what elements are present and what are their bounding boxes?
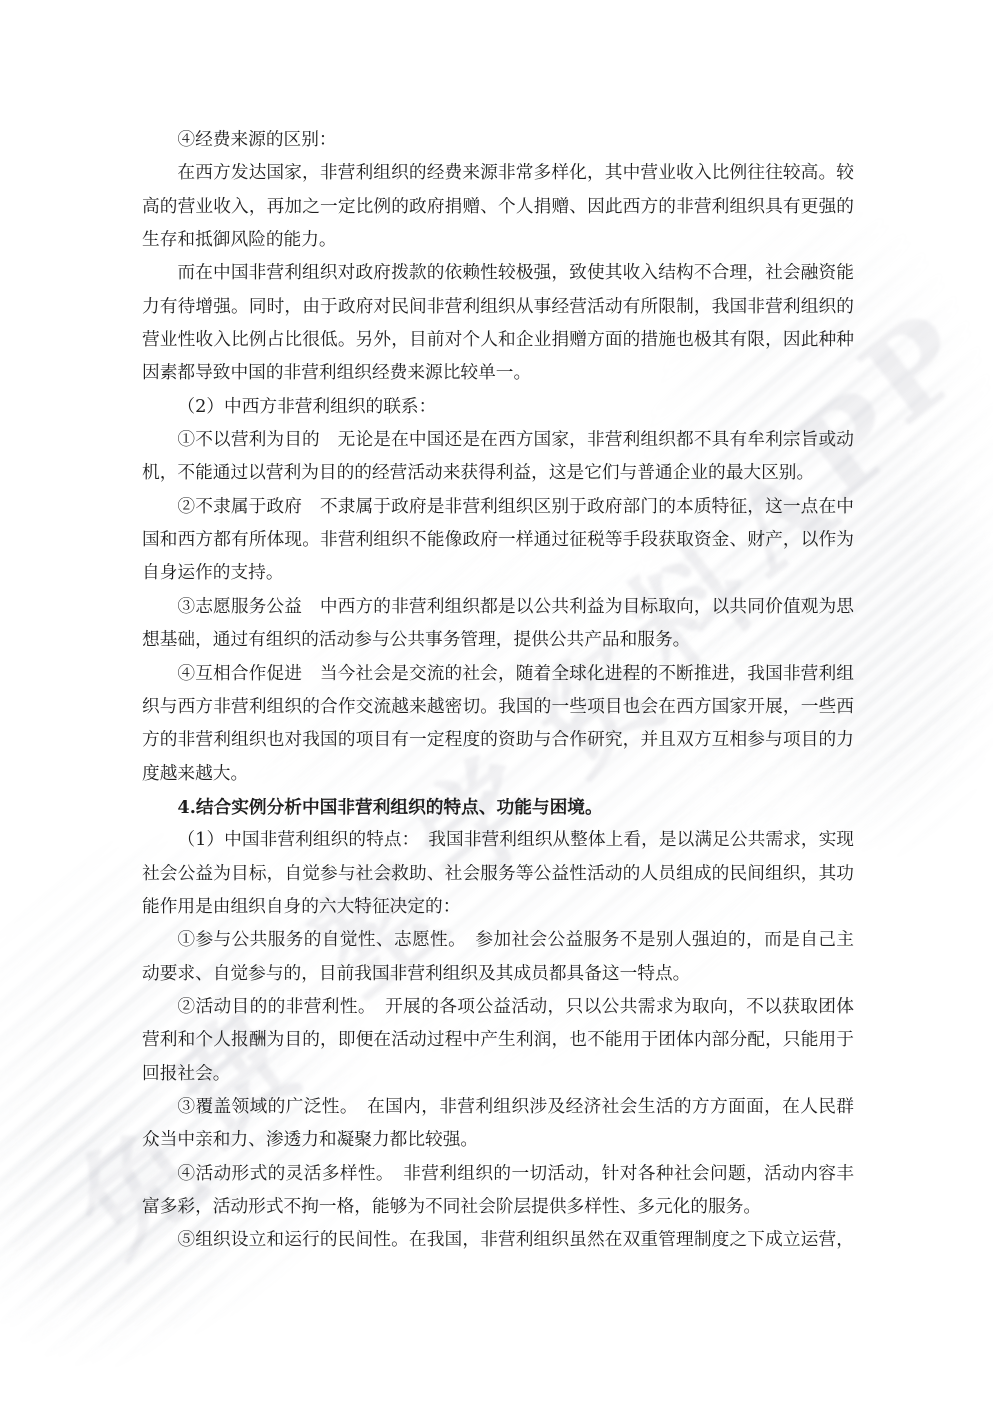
text-line: ③志愿服务公益 中西方的非营利组织都是以公共利益为目标取向，以共同价值观为思 (142, 591, 854, 624)
text-line: ③覆盖领域的广泛性。 在国内，非营利组织涉及经济社会生活的方方面面，在人民群 (142, 1091, 854, 1124)
text-line: 在西方发达国家，非营利组织的经费来源非常多样化，其中营业收入比例往往较高。较 (142, 157, 854, 190)
watermark-char: P (843, 295, 986, 443)
text-line: 动要求、自觉参与的，目前我国非营利组织及其成员都具备这一特点。 (142, 958, 854, 991)
text-line: 度越来越大。 (142, 758, 854, 791)
text-line: 社会公益为目标，自觉参与社会救助、社会服务等公益性活动的人员组成的民间组织，其功 (142, 858, 854, 891)
text-line: 因素都导致中国的非营利组织经费来源比较单一。 (142, 357, 854, 390)
text-line: 富多彩，活动形式不拘一格，能够为不同社会阶层提供多样性、多元化的服务。 (142, 1191, 854, 1224)
text-line: 织与西方非营利组织的合作交流越来越密切。我国的一些项目也会在西方国家开展，一些西 (142, 691, 854, 724)
text-line: 生存和抵御风险的能力。 (142, 224, 854, 257)
text-line: 高的营业收入，再加之一定比例的政府捐赠、个人捐赠、因此西方的非营利组织具有更强的 (142, 191, 854, 224)
text-line: （2）中西方非营利组织的联系： (142, 391, 854, 424)
text-line: ④经费来源的区别： (142, 124, 854, 157)
text-line: 4.结合实例分析中国非营利组织的特点、功能与困境。 (142, 791, 854, 824)
text-line: ⑤组织设立和运行的民间性。在我国，非营利组织虽然在双重管理制度之下成立运营， (142, 1224, 854, 1257)
text-line: 力有待增强。同时，由于政府对民间非营利组织从事经营活动有所限制，我国非营利组织的 (142, 291, 854, 324)
text-line: ②活动目的的非营利性。 开展的各项公益活动，只以公共需求为取向，不以获取团体 (142, 991, 854, 1024)
text-line: ②不隶属于政府 不隶属于政府是非营利组织区别于政府部门的本质特征，这一点在中 (142, 491, 854, 524)
text-line: 机，不能通过以营利为目的的经营活动来获得利益，这是它们与普通企业的最大区别。 (142, 457, 854, 490)
text-line: 营业性收入比例占比很低。另外，目前对个人和企业捐赠方面的措施也极其有限，因此种种 (142, 324, 854, 357)
document-page: 免费整学资料APP ④经费来源的区别：在西方发达国家，非营利组织的经费来源非常多… (0, 0, 993, 1404)
text-line: （1）中国非营利组织的特点： 我国非营利组织从整体上看，是以满足公共需求，实现 (142, 824, 854, 857)
text-line: ④活动形式的灵活多样性。 非营利组织的一切活动，针对各种社会问题，活动内容丰 (142, 1158, 854, 1191)
text-line: ④互相合作促进 当今社会是交流的社会，随着全球化进程的不断推进，我国非营利组 (142, 658, 854, 691)
text-line: 营利和个人报酬为目的，即便在活动过程中产生利润，也不能用于团体内部分配，只能用于 (142, 1024, 854, 1057)
text-line: 回报社会。 (142, 1058, 854, 1091)
text-line: 国和西方都有所体现。非营利组织不能像政府一样通过征税等手段获取资金、财产，以作为 (142, 524, 854, 557)
text-line: 想基础，通过有组织的活动参与公共事务管理，提供公共产品和服务。 (142, 624, 854, 657)
text-line: 方的非营利组织也对我国的项目有一定程度的资助与合作研究，并且双方互相参与项目的力 (142, 724, 854, 757)
text-line: 而在中国非营利组织对政府拨款的依赖性较极强，致使其收入结构不合理，社会融资能 (142, 257, 854, 290)
text-line: 能作用是由组织自身的六大特征决定的： (142, 891, 854, 924)
text-line: ①不以营利为目的 无论是在中国还是在西方国家，非营利组织都不具有牟利宗旨或动 (142, 424, 854, 457)
text-line: ①参与公共服务的自觉性、志愿性。 参加社会公益服务不是别人强迫的，而是自己主 (142, 924, 854, 957)
text-line: 众当中亲和力、渗透力和凝聚力都比较强。 (142, 1124, 854, 1157)
document-lines: ④经费来源的区别：在西方发达国家，非营利组织的经费来源非常多样化，其中营业收入比… (142, 124, 854, 1258)
text-line: 自身运作的支持。 (142, 557, 854, 590)
